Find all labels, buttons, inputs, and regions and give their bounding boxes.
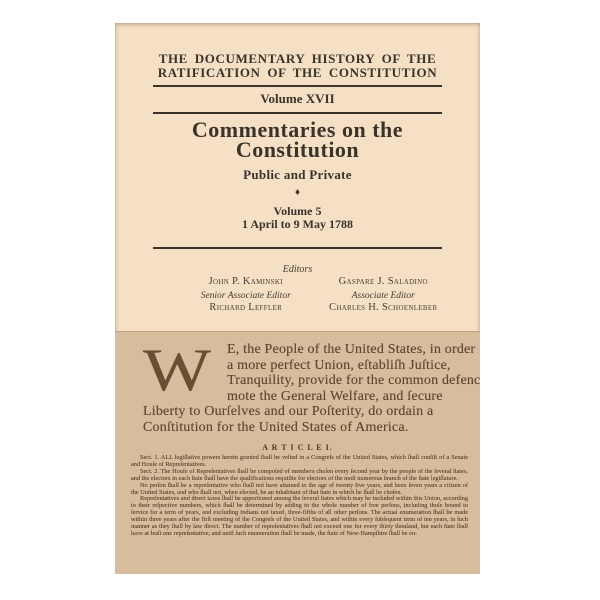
series-title-line2: RATIFICATION OF THE CONSTITUTION — [115, 66, 480, 80]
preamble-line: a more perfect Union, eſtabliſh Juſtice, — [227, 358, 480, 374]
series-volume: Volume XVII — [115, 92, 480, 106]
preamble-line: E, the People of the United States, in o… — [227, 342, 480, 358]
divider-rule — [153, 112, 442, 114]
cover-title-section: THE DOCUMENTARY HISTORY OF THE RATIFICAT… — [115, 23, 480, 331]
preamble: W E, the People of the United States, in… — [143, 342, 480, 435]
preamble-line: Tranquility, provide for the common defe… — [227, 373, 480, 389]
divider-rule — [153, 247, 442, 249]
editor-role-right: Associate Editor — [315, 291, 453, 302]
editors-names-row: John P. Kaminski Gaspare J. Saladino — [115, 276, 480, 288]
article-paragraph: Sect. 2. The Houſe of Repreſentatives ſh… — [131, 469, 468, 483]
diamond-ornament-icon: ♦ — [115, 188, 480, 198]
preamble-line: mote the General Welfare, and ſecure — [227, 389, 480, 405]
preamble-line: Conſtitution for the United States of Am… — [143, 420, 480, 436]
book-subtitle: Public and Private — [115, 167, 480, 183]
associate-editors-names-row: Richard Leffler Charles H. Schoenleber — [115, 302, 480, 314]
divider-rule — [153, 85, 442, 87]
article-paragraph: Sect. 1. ALL legiſlative powers herein g… — [131, 455, 468, 469]
editors-heading: Editors — [115, 264, 480, 275]
article-heading: A R T I C L E I. — [115, 443, 480, 452]
series-title: THE DOCUMENTARY HISTORY OF THE RATIFICAT… — [115, 52, 480, 79]
article-text: Sect. 1. ALL legiſlative powers herein g… — [131, 455, 468, 538]
editors-section: Editors John P. Kaminski Gaspare J. Sala… — [115, 264, 480, 314]
book-title: Commentaries on the Constitution — [115, 120, 480, 160]
constitution-facsimile-band: W E, the People of the United States, in… — [115, 331, 480, 574]
article-paragraph: Repreſentatives and direct taxes ſhall b… — [131, 496, 468, 537]
preamble-line: Liberty to Ourſelves and our Poſterity, … — [143, 404, 480, 420]
associate-editor-left: Richard Leffler — [177, 302, 315, 314]
book-cover: THE DOCUMENTARY HISTORY OF THE RATIFICAT… — [115, 23, 480, 573]
dropcap-w: W — [143, 348, 211, 392]
preamble-indented-lines: E, the People of the United States, in o… — [227, 342, 480, 404]
date-range: 1 April to 9 May 1788 — [115, 218, 480, 231]
series-title-line1: THE DOCUMENTARY HISTORY OF THE — [115, 52, 480, 66]
editor-name-right: Gaspare J. Saladino — [315, 276, 453, 288]
editors-roles-row: Senior Associate Editor Associate Editor — [115, 291, 480, 302]
associate-editor-right: Charles H. Schoenleber — [315, 302, 453, 314]
product-photo-stage: THE DOCUMENTARY HISTORY OF THE RATIFICAT… — [0, 0, 600, 600]
editor-name-left: John P. Kaminski — [177, 276, 315, 288]
book-title-line2: Constitution — [115, 140, 480, 160]
editor-role-left: Senior Associate Editor — [177, 291, 315, 302]
